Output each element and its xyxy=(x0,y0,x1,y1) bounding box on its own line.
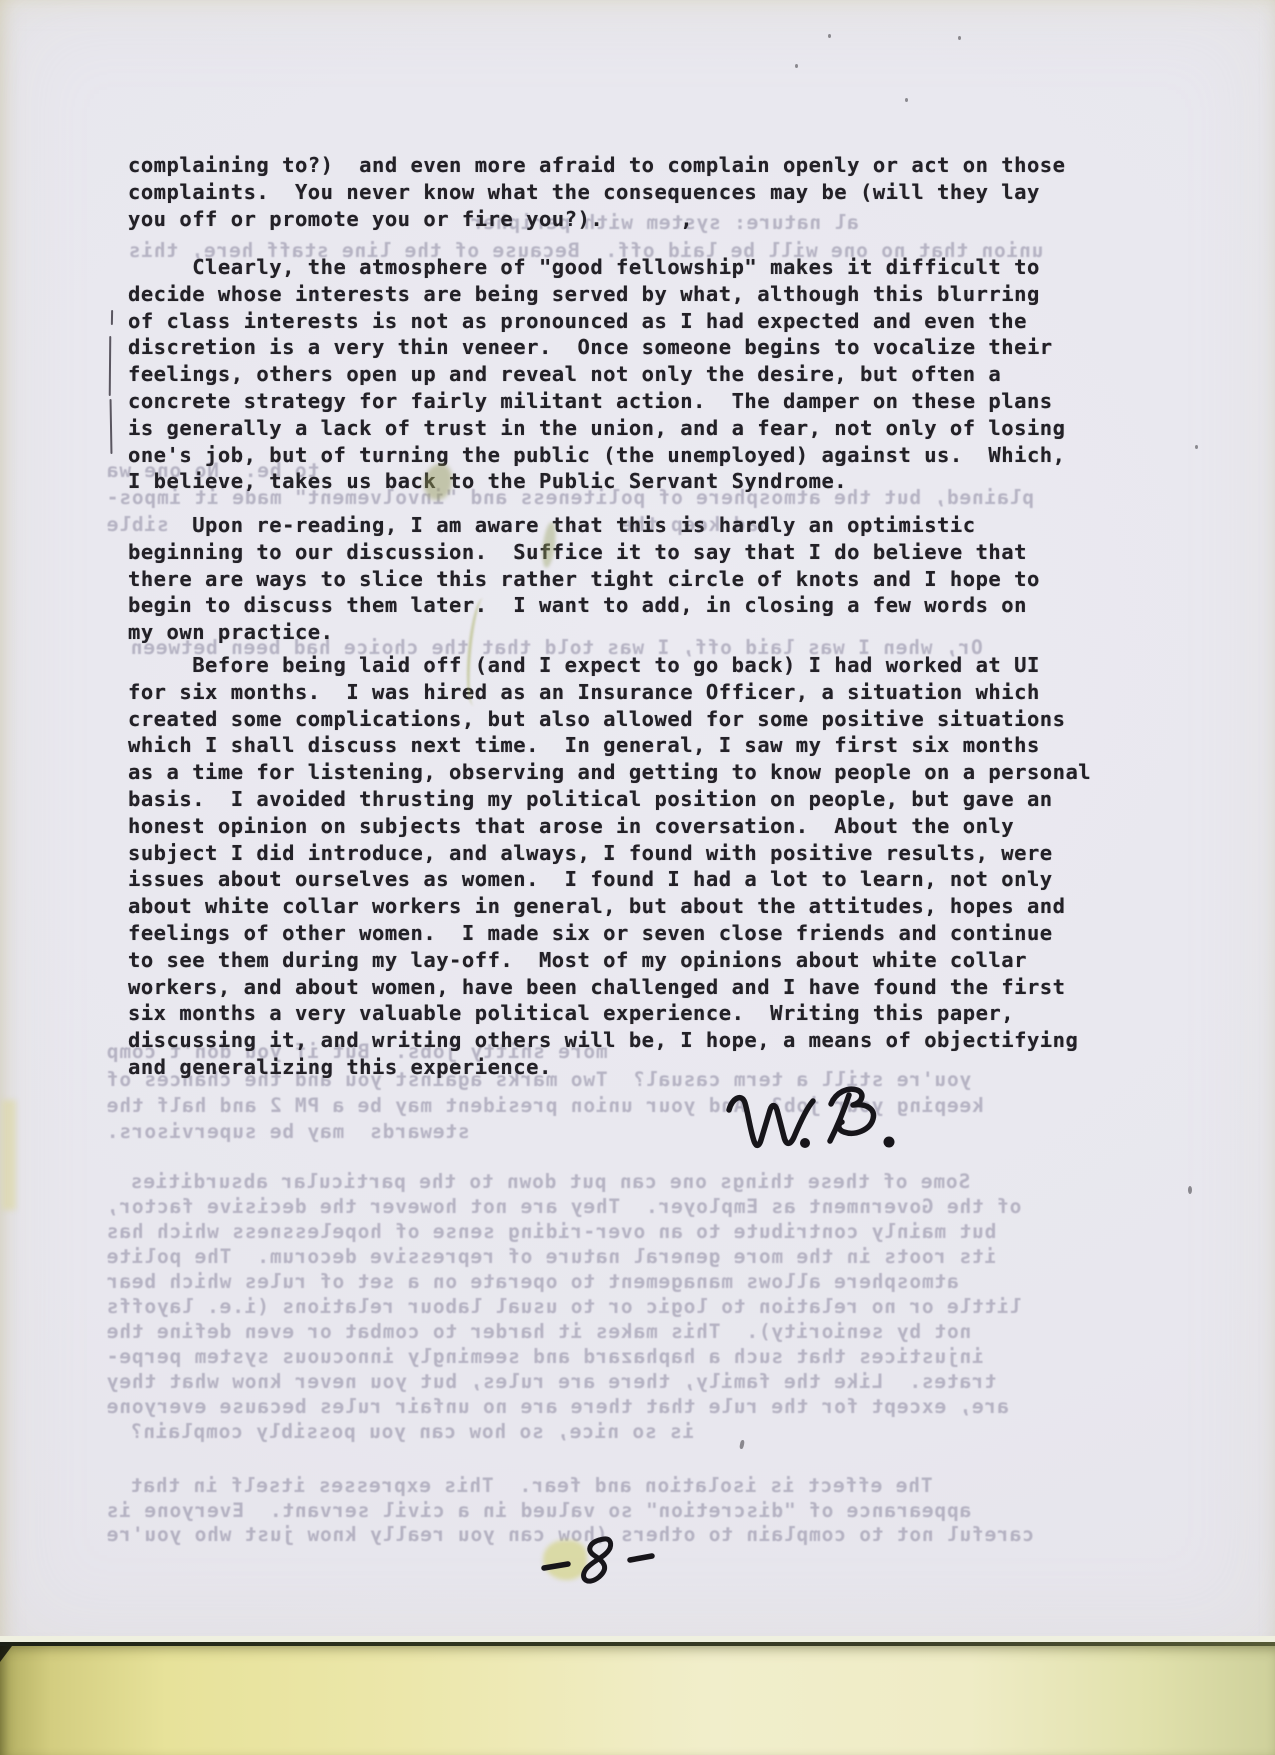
signature-wb xyxy=(715,1082,915,1162)
typed-paragraph-2: Clearly, the atmosphere of "good fellows… xyxy=(128,254,1148,495)
speck xyxy=(1188,1186,1192,1194)
underlying-yellow-page xyxy=(0,1646,1275,1755)
bleedthrough-line: little or no relation to logic or to usu… xyxy=(106,1295,1021,1319)
bleedthrough-line: injustices that such a haphazard and see… xyxy=(106,1345,984,1369)
bleedthrough-line: is so nice, so how can you possibly comp… xyxy=(130,1420,694,1444)
bleedthrough-line: its roots in the more general nature of … xyxy=(106,1245,996,1269)
bleedthrough-line: trates. Like the family, there are rules… xyxy=(106,1370,996,1394)
bleedthrough-line: not by seniority). This makes it harder … xyxy=(106,1320,971,1344)
speck xyxy=(905,98,908,102)
bleedthrough-line: The effect is isolation and fear. This e… xyxy=(130,1474,933,1498)
scanned-typewritten-page: { "doc": { "kind": "typewritten letter p… xyxy=(0,0,1275,1755)
typed-paragraph-1: complaining to?) and even more afraid to… xyxy=(128,152,1148,232)
bleedthrough-line: Some of these things one can put down to… xyxy=(130,1170,970,1194)
corner-shadow xyxy=(0,1646,12,1666)
margin-pen-mark xyxy=(111,310,113,325)
speck xyxy=(795,64,798,68)
typed-paragraph-4: Before being laid off (and I expect to g… xyxy=(128,652,1148,1081)
page-number xyxy=(538,1532,658,1592)
bleedthrough-line: atmosphere allows management to operate … xyxy=(106,1270,959,1294)
paper-sheet: al nature: system with peripherunion tha… xyxy=(0,0,1275,1645)
bleedthrough-line: stewards may be supervisors. xyxy=(106,1120,470,1144)
bleedthrough-line: of the Government as Employer. They are … xyxy=(106,1195,1021,1219)
bleedthrough-line: are, except for the rule that there are … xyxy=(106,1395,1009,1419)
speck xyxy=(1195,445,1198,449)
bleedthrough-line: but mainly contribute to an over-riding … xyxy=(106,1220,996,1244)
speck xyxy=(828,34,831,38)
bleedthrough-line: appearance of "discretion" so valued in … xyxy=(106,1499,971,1523)
typed-paragraph-3: Upon re-reading, I am aware that this is… xyxy=(128,512,1148,646)
speck xyxy=(958,36,961,40)
